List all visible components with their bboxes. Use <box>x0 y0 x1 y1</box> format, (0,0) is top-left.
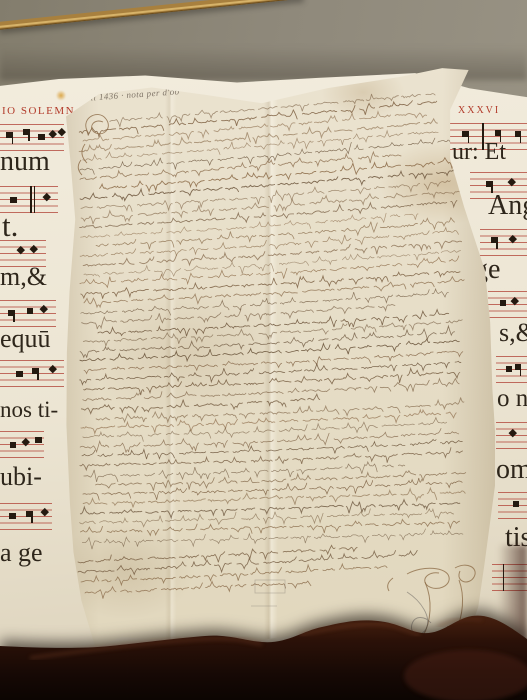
photo-scene: IO SOLEMNnumt.m,&equūnos ti-ubi-a geXXXV… <box>0 0 527 700</box>
chant-staff-segment <box>0 431 44 458</box>
chant-staff-segment <box>488 291 527 318</box>
chant-text-fragment: ubi- <box>0 464 42 490</box>
chant-text-fragment: s,& <box>499 320 527 346</box>
chant-staff-segment <box>0 300 56 327</box>
chant-text-fragment: ur: Et <box>452 140 506 164</box>
diamond-note-icon <box>40 507 48 515</box>
square-note-icon <box>27 308 34 314</box>
note-stem-icon <box>520 131 522 143</box>
diamond-note-icon <box>40 305 48 313</box>
diamond-note-icon <box>17 246 25 254</box>
chant-staff-segment <box>0 503 52 530</box>
handwriting-svg <box>55 50 495 655</box>
diamond-note-icon <box>43 193 51 201</box>
note-stem-icon <box>520 364 522 376</box>
chant-text-fragment: omn <box>496 456 527 484</box>
chant-text-fragment: Ange <box>488 192 527 220</box>
square-note-icon <box>500 300 507 306</box>
diamond-note-icon <box>511 297 519 305</box>
staff-bar-icon <box>34 186 36 213</box>
chant-text-fragment: o nil <box>497 386 527 411</box>
opening-flourish <box>78 115 108 175</box>
chant-text-fragment: t. <box>2 210 18 241</box>
square-note-icon <box>38 134 45 140</box>
square-note-icon <box>513 501 520 507</box>
chant-text-fragment: equū <box>0 326 51 352</box>
note-stem-icon <box>496 237 498 249</box>
chant-staff-segment <box>496 356 527 383</box>
diamond-note-icon <box>49 129 57 137</box>
diamond-note-icon <box>49 365 57 373</box>
diamond-note-icon <box>30 244 38 252</box>
square-note-icon <box>9 513 16 519</box>
diamond-note-icon <box>509 235 517 243</box>
note-stem-icon <box>12 132 14 144</box>
diamond-note-icon <box>509 429 517 437</box>
parchment-letter: 2 april 1436 · nota per d'oo <box>55 50 495 655</box>
carved-wood-rail <box>0 580 527 700</box>
chant-staff-segment <box>0 360 64 387</box>
chant-staff-segment <box>496 422 527 449</box>
chant-rubric-fragment: IO SOLEMN <box>2 106 75 117</box>
chant-text-fragment: nos ti- <box>0 398 58 421</box>
square-note-icon <box>35 437 42 443</box>
chant-text-fragment: num <box>0 148 50 176</box>
note-stem-icon <box>31 511 33 523</box>
chant-rubric-fragment: XXXVI <box>458 106 500 116</box>
chant-staff-segment <box>480 229 527 256</box>
diamond-note-icon <box>508 178 516 186</box>
staff-bar-icon <box>30 186 32 213</box>
square-note-icon <box>16 371 23 377</box>
note-stem-icon <box>28 129 30 141</box>
diamond-note-icon <box>58 128 66 136</box>
square-note-icon <box>10 442 17 448</box>
square-note-icon <box>506 366 513 372</box>
note-stem-icon <box>37 368 39 380</box>
square-note-icon <box>10 197 17 203</box>
chant-text-fragment: m,& <box>0 264 47 290</box>
note-stem-icon <box>13 310 15 322</box>
chant-staff-segment <box>498 492 527 519</box>
diamond-note-icon <box>22 438 30 446</box>
chant-text-fragment: a ge <box>0 540 43 566</box>
